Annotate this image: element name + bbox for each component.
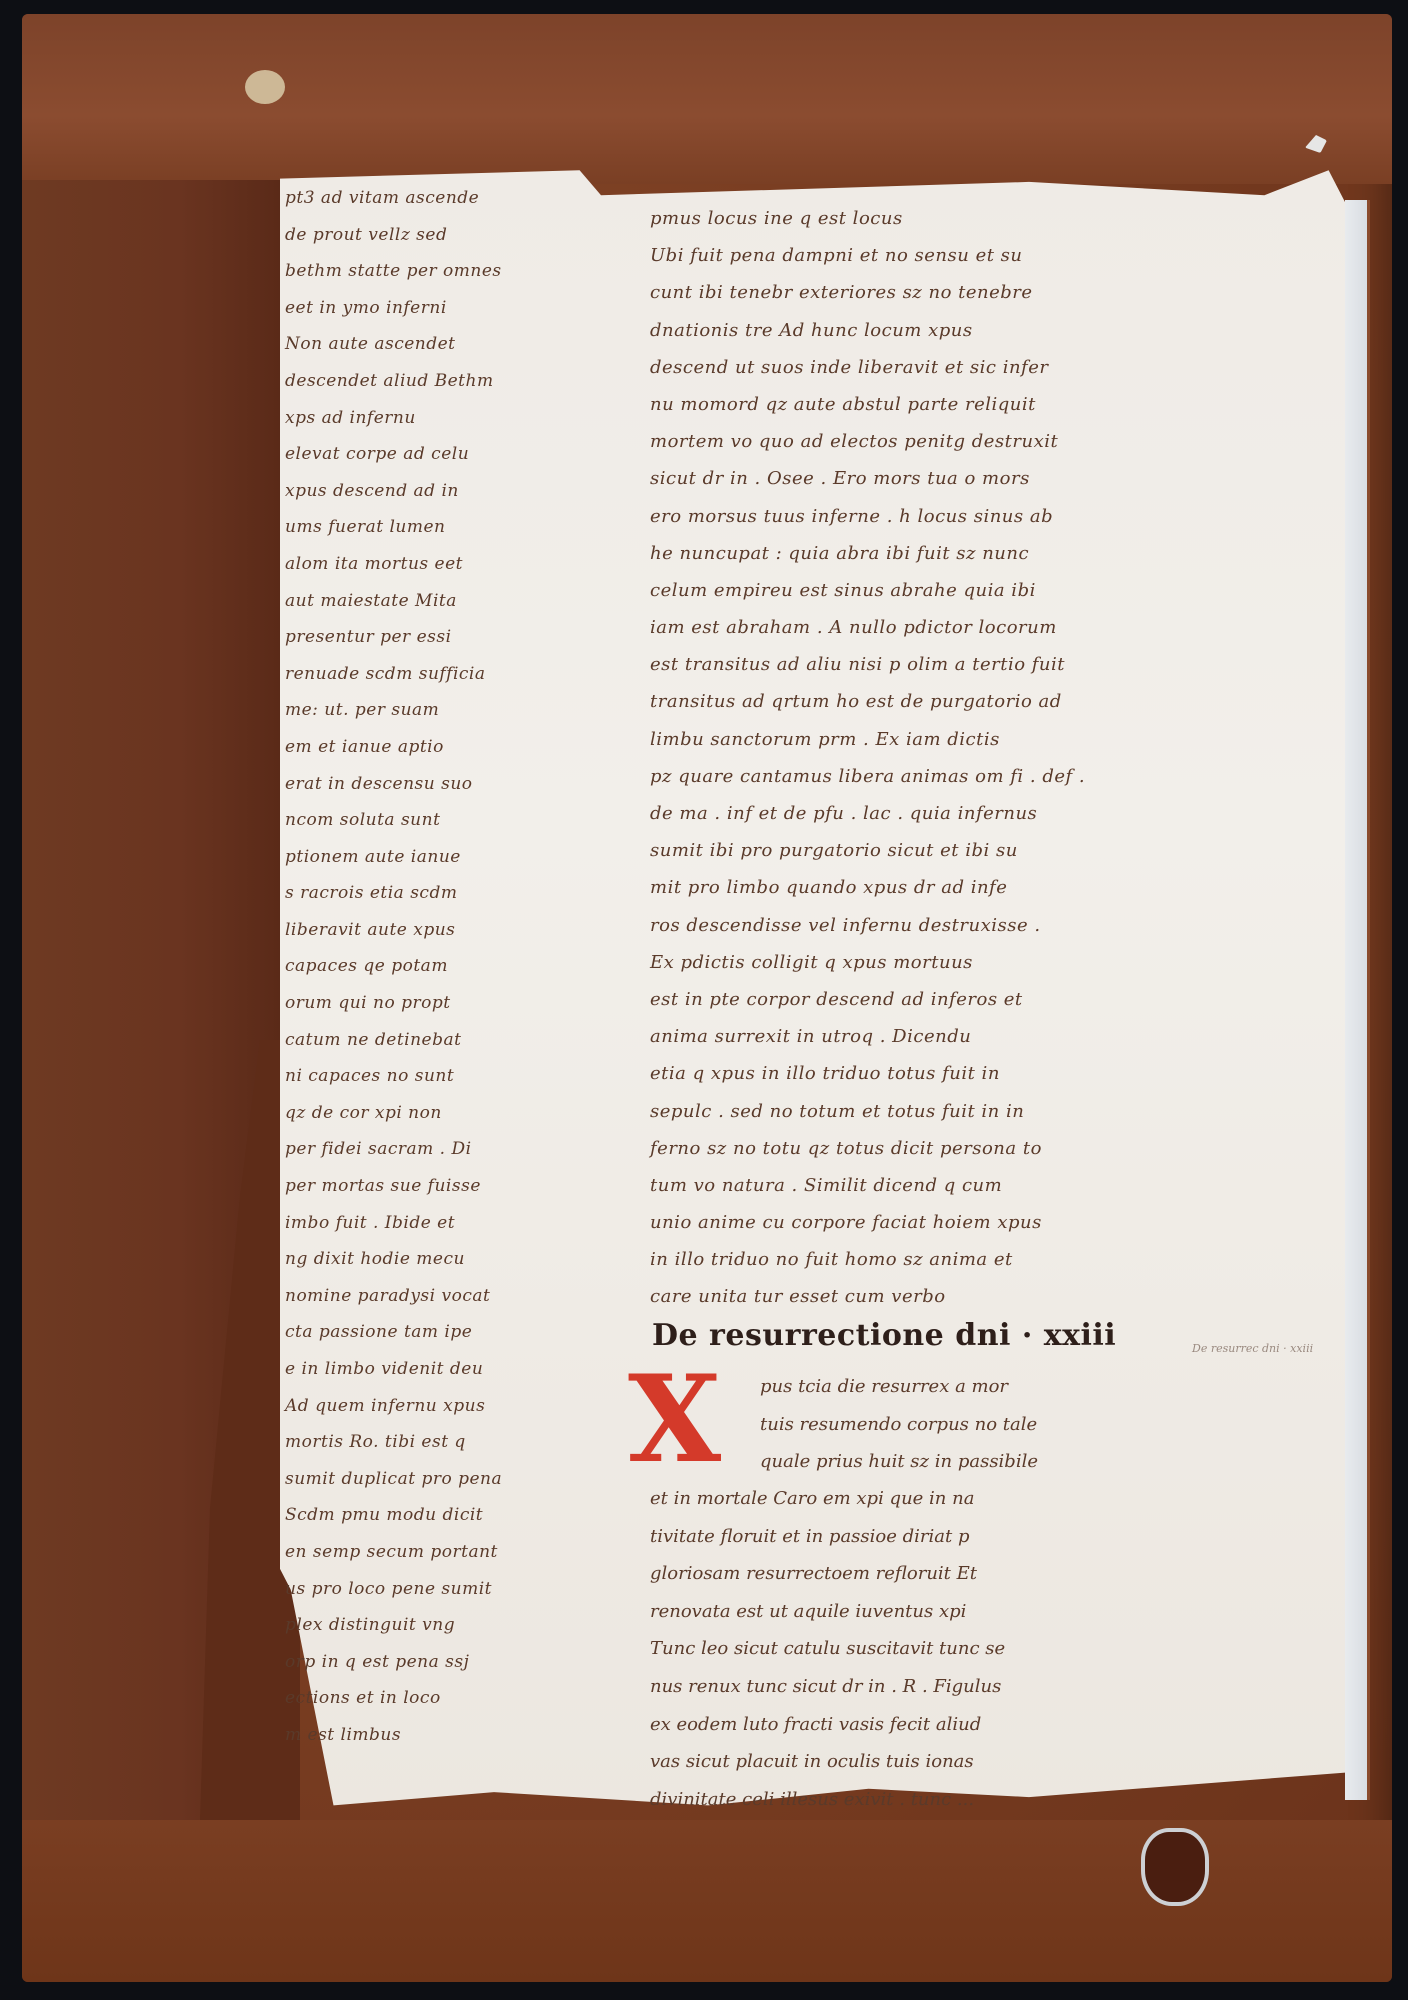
manuscript-line: s racrois etia scdm bbox=[285, 875, 535, 912]
manuscript-line: ums fuerat lumen bbox=[285, 509, 535, 546]
manuscript-line: cta passione tam ipe bbox=[285, 1314, 535, 1351]
manuscript-line: celum empireu est sinus abrahe quia ibi bbox=[650, 572, 1190, 609]
manuscript-line: Ubi fuit pena dampni et no sensu et su bbox=[650, 237, 1190, 274]
manuscript-line: sumit ibi pro purgatorio sicut et ibi su bbox=[650, 832, 1190, 869]
manuscript-line: pus tcia die resurrex a mor bbox=[760, 1368, 1200, 1406]
manuscript-line: Scdm pmu modu dicit bbox=[285, 1497, 535, 1534]
manuscript-line: pt3 ad vitam ascende bbox=[285, 180, 535, 217]
manuscript-line: et in mortale Caro em xpi que in na bbox=[650, 1480, 1190, 1518]
manuscript-line: ros descendisse vel infernu destruxisse … bbox=[650, 907, 1190, 944]
manuscript-line: descend ut suos inde liberavit et sic in… bbox=[650, 349, 1190, 386]
manuscript-line: transitus ad qrtum ho est de purgatorio … bbox=[650, 683, 1190, 720]
text-beside-initial: pus tcia die resurrex a mortuis resumend… bbox=[760, 1368, 1200, 1481]
manuscript-line: Ex pdictis colligit q xpus mortuus bbox=[650, 944, 1190, 981]
manuscript-line: tum vo natura . Similit dicend q cum bbox=[650, 1167, 1190, 1204]
worm-hole bbox=[1145, 1832, 1205, 1902]
manuscript-line: imbo fuit . Ibide et bbox=[285, 1205, 535, 1242]
manuscript-line: qz de cor xpi non bbox=[285, 1095, 535, 1132]
manuscript-line: iam est abraham . A nullo pdictor locoru… bbox=[650, 609, 1190, 646]
manuscript-line: vas sicut placuit in oculis tuis ionas bbox=[650, 1743, 1190, 1781]
chapter-heading: De resurrectione dni · xxiii bbox=[652, 1318, 1116, 1353]
manuscript-line: elevat corpe ad celu bbox=[285, 436, 535, 473]
manuscript-line: aut maiestate Mita bbox=[285, 583, 535, 620]
manuscript-line: presentur per essi bbox=[285, 619, 535, 656]
margin-note: De resurrec dni · xxiii bbox=[1192, 1342, 1313, 1355]
manuscript-line: capaces qe potam bbox=[285, 948, 535, 985]
manuscript-line: descendet aliud Bethm bbox=[285, 363, 535, 400]
manuscript-line: orum qui no propt bbox=[285, 985, 535, 1022]
manuscript-line: in illo triduo no fuit homo sz anima et bbox=[650, 1241, 1190, 1278]
manuscript-line: tivitate floruit et in passioe diriat p bbox=[650, 1518, 1190, 1556]
manuscript-line: me: ut. per suam bbox=[285, 692, 535, 729]
pastedown-edge bbox=[1345, 200, 1370, 1800]
manuscript-line: renuade scdm sufficia bbox=[285, 656, 535, 693]
manuscript-line: ng dixit hodie mecu bbox=[285, 1241, 535, 1278]
manuscript-line: pz quare cantamus libera animas om fi . … bbox=[650, 758, 1190, 795]
manuscript-line: em et ianue aptio bbox=[285, 729, 535, 766]
chapter-text: et in mortale Caro em xpi que in nativit… bbox=[650, 1480, 1190, 1818]
manuscript-line: per fidei sacram . Di bbox=[285, 1131, 535, 1168]
manuscript-line: en semp secum portant bbox=[285, 1534, 535, 1571]
manuscript-line: sepulc . sed no totum et totus fuit in i… bbox=[650, 1093, 1190, 1130]
manuscript-line: liberavit aute xpus bbox=[285, 912, 535, 949]
manuscript-line: etia q xpus in illo triduo totus fuit in bbox=[650, 1055, 1190, 1092]
manuscript-line: xps ad infernu bbox=[285, 400, 535, 437]
manuscript-line: eet in ymo inferni bbox=[285, 290, 535, 327]
manuscript-line: ni capaces no sunt bbox=[285, 1058, 535, 1095]
manuscript-line: ex eodem luto fracti vasis fecit aliud bbox=[650, 1706, 1190, 1744]
manuscript-line: ptionem aute ianue bbox=[285, 839, 535, 876]
manuscript-line: xpus descend ad in bbox=[285, 473, 535, 510]
manuscript-line: nomine paradysi vocat bbox=[285, 1278, 535, 1315]
right-text-column: pmus locus ine q est locusUbi fuit pena … bbox=[650, 200, 1190, 1316]
manuscript-line: de prout vellz sed bbox=[285, 217, 535, 254]
manuscript-line: tuis resumendo corpus no tale bbox=[760, 1406, 1200, 1444]
manuscript-line: sumit duplicat pro pena bbox=[285, 1461, 535, 1498]
manuscript-line: us pro loco pene sumit bbox=[285, 1571, 535, 1608]
leather-board-top bbox=[22, 14, 1392, 184]
manuscript-line: cunt ibi tenebr exteriores sz no tenebre bbox=[650, 274, 1190, 311]
manuscript-line: mortem vo quo ad electos penitg destruxi… bbox=[650, 423, 1190, 460]
manuscript-line: est in pte corpor descend ad inferos et bbox=[650, 981, 1190, 1018]
manuscript-line: care unita tur esset cum verbo bbox=[650, 1278, 1190, 1315]
manuscript-line: est transitus ad aliu nisi p olim a tert… bbox=[650, 646, 1190, 683]
left-text-column: pt3 ad vitam ascendede prout vellz sedbe… bbox=[285, 180, 535, 1754]
manuscript-line: renovata est ut aquile iuventus xpi bbox=[650, 1593, 1190, 1631]
manuscript-line: ncom soluta sunt bbox=[285, 802, 535, 839]
manuscript-line: Non aute ascendet bbox=[285, 326, 535, 363]
manuscript-line: pmus locus ine q est locus bbox=[650, 200, 1190, 237]
manuscript-line: ero morsus tuus inferne . h locus sinus … bbox=[650, 498, 1190, 535]
manuscript-line: catum ne detinebat bbox=[285, 1022, 535, 1059]
manuscript-line: dnationis tre Ad hunc locum xpus bbox=[650, 312, 1190, 349]
manuscript-line: plex distinguit vng bbox=[285, 1607, 535, 1644]
manuscript-line: e in limbo videnit deu bbox=[285, 1351, 535, 1388]
manuscript-line: anima surrexit in utroq . Dicendu bbox=[650, 1018, 1190, 1055]
manuscript-line: limbu sanctorum prm . Ex iam dictis bbox=[650, 721, 1190, 758]
manuscript-line: he nuncupat : quia abra ibi fuit sz nunc bbox=[650, 535, 1190, 572]
manuscript-line: per mortas sue fuisse bbox=[285, 1168, 535, 1205]
manuscript-line: bethm statte per omnes bbox=[285, 253, 535, 290]
manuscript-line: nu momord qz aute abstul parte reliquit bbox=[650, 386, 1190, 423]
manuscript-line: Tunc leo sicut catulu suscitavit tunc se bbox=[650, 1630, 1190, 1668]
manuscript-line: quale prius huit sz in passibile bbox=[760, 1443, 1200, 1481]
manuscript-line: ferno sz no totu qz totus dicit persona … bbox=[650, 1130, 1190, 1167]
manuscript-line: unio anime cu corpore faciat hoiem xpus bbox=[650, 1204, 1190, 1241]
manuscript-line: alom ita mortus eet bbox=[285, 546, 535, 583]
manuscript-line: erat in descensu suo bbox=[285, 766, 535, 803]
manuscript-line: gloriosam resurrectoem refloruit Et bbox=[650, 1555, 1190, 1593]
manuscript-line: m est limbus bbox=[285, 1717, 535, 1754]
red-initial-letter: X bbox=[628, 1360, 721, 1480]
manuscript-line: de ma . inf et de pfu . lac . quia infer… bbox=[650, 795, 1190, 832]
manuscript-line: sicut dr in . Osee . Ero mors tua o mors bbox=[650, 460, 1190, 497]
manuscript-line: orp in q est pena ssj bbox=[285, 1644, 535, 1681]
manuscript-line: nus renux tunc sicut dr in . R . Figulus bbox=[650, 1668, 1190, 1706]
manuscript-line: Ad quem infernu xpus bbox=[285, 1388, 535, 1425]
manuscript-line: mit pro limbo quando xpus dr ad infe bbox=[650, 869, 1190, 906]
worn-spot-top bbox=[245, 70, 285, 104]
manuscript-line: ections et in loco bbox=[285, 1680, 535, 1717]
manuscript-line: mortis Ro. tibi est q bbox=[285, 1424, 535, 1461]
manuscript-line: divinitate celi illesus exivit . tunc ..… bbox=[650, 1781, 1190, 1819]
